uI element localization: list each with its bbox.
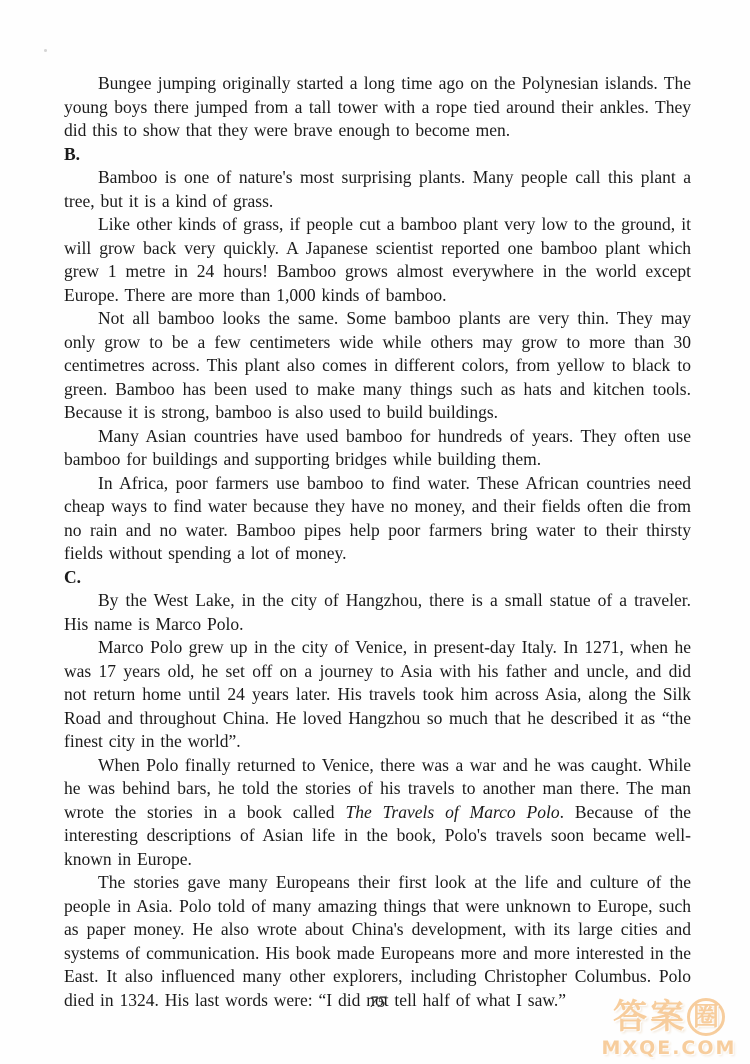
- passage-c-paragraph-3: When Polo finally returned to Venice, th…: [64, 754, 691, 872]
- watermark: 答 案 圈 MXQE.COM: [590, 998, 748, 1058]
- watermark-logo-text: 答 案 圈: [590, 998, 748, 1036]
- passage-b-paragraph-1: Bamboo is one of nature's most surprisin…: [64, 166, 691, 213]
- reading-passages: Bungee jumping originally started a long…: [64, 72, 691, 1012]
- book-title-italic: The Travels of Marco Polo: [345, 802, 559, 822]
- passage-b-paragraph-2: Like other kinds of grass, if people cut…: [64, 213, 691, 307]
- passage-a-paragraph: Bungee jumping originally started a long…: [64, 72, 691, 143]
- passage-c-paragraph-1: By the West Lake, in the city of Hangzho…: [64, 589, 691, 636]
- passage-c-heading: C.: [64, 566, 691, 590]
- passage-b-heading: B.: [64, 143, 691, 167]
- watermark-char-2: 案: [650, 1000, 684, 1034]
- watermark-circle-badge-icon: 圈: [687, 998, 725, 1036]
- watermark-site-text: MXQE.COM: [590, 1039, 748, 1058]
- scan-speck: [44, 49, 47, 52]
- passage-c-paragraph-2: Marco Polo grew up in the city of Venice…: [64, 636, 691, 754]
- passage-b-paragraph-5: In Africa, poor farmers use bamboo to fi…: [64, 472, 691, 566]
- passage-c-paragraph-4: The stories gave many Europeans their fi…: [64, 871, 691, 1012]
- passage-b-paragraph-3: Not all bamboo looks the same. Some bamb…: [64, 307, 691, 425]
- watermark-char-1: 答: [613, 1000, 647, 1034]
- scanned-book-page: Bungee jumping originally started a long…: [0, 0, 750, 1064]
- passage-b-paragraph-4: Many Asian countries have used bamboo fo…: [64, 425, 691, 472]
